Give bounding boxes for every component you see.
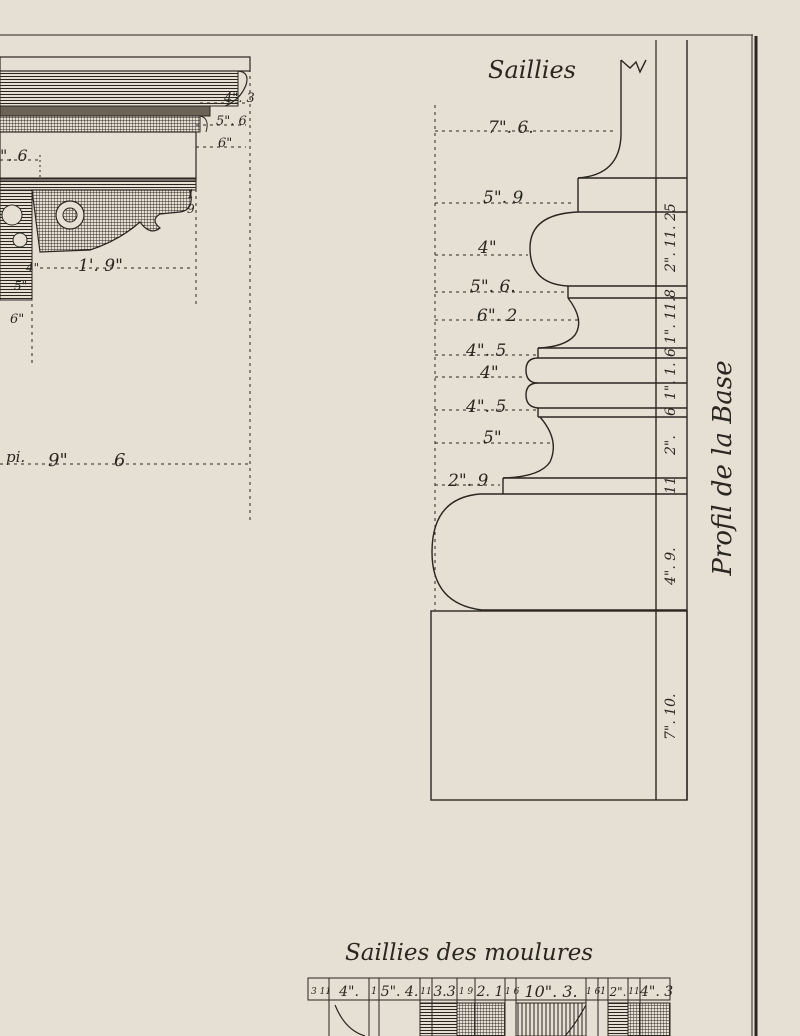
projection-label: 4". 5 (466, 399, 506, 416)
moulure-cell: 10". 3. (516, 982, 586, 1002)
moulure-cell: 3.3 (432, 982, 457, 1002)
moulure-cell: 1 (598, 982, 608, 1002)
moulure-cell: 1 6 (586, 982, 598, 1002)
entablature-dim-label: ". 6 (0, 148, 28, 164)
moulure-cell: 1 9 (457, 982, 475, 1002)
height-label: 6 (664, 348, 678, 357)
height-label: 1". 1. (664, 362, 678, 400)
moulure-cell: 11 (420, 982, 432, 1002)
entablature-dim-label: 6" (218, 137, 232, 150)
entablature-dim-label: 6" (10, 313, 24, 326)
moulure-cell: 5". 4. (379, 982, 420, 1002)
bottom-dim-a: 9" (48, 452, 68, 470)
projection-label: 5" (483, 430, 502, 447)
saillies-title: Saillies (488, 58, 576, 82)
projection-label: 5". 9 (483, 190, 523, 207)
moulure-cell: 2. 1 (475, 982, 505, 1002)
projection-label: 2". 9 (448, 473, 488, 490)
moulure-cell: 4". 3 (640, 982, 671, 1002)
bottom-dim-pi: pi. (6, 450, 25, 465)
moulure-cell: 3 11 (311, 982, 329, 1002)
moulure-cell: 1 6 (505, 982, 516, 1002)
projection-label: 4" (478, 240, 497, 257)
moulure-cell: 4". (329, 982, 369, 1002)
entablature-dim-label: 4" (26, 262, 39, 274)
height-label: 11 (664, 476, 678, 494)
projection-label: 5". 6. (470, 279, 516, 296)
projection-label: 6". 2 (477, 308, 517, 325)
profil-de-la-base-title: Profil de la Base (710, 343, 736, 593)
projection-label: 4" (480, 365, 499, 382)
moulure-cell: 11 (628, 982, 640, 1002)
engraving-linework (0, 0, 800, 1036)
entablature-dim-label: 5" (14, 280, 27, 292)
entablature-dim-label: 5". 6 (216, 115, 247, 128)
entablature-dim-label: 1 (187, 188, 195, 200)
base-profile-drawing (431, 40, 687, 800)
entablature-dim-label: 9 (187, 203, 195, 215)
height-label: 2". 11. 25 (664, 203, 678, 272)
projection-label: 7". 6. (488, 120, 534, 137)
projection-label: 4". 5 (466, 343, 506, 360)
height-label: 7". 10. (664, 693, 678, 740)
saillies-des-moulures-title: Saillies des moulures (345, 942, 593, 965)
height-label: 2". (664, 435, 678, 455)
moulure-cell: 2". (608, 982, 628, 1002)
moulure-cell: 1 (369, 982, 379, 1002)
height-label: 4". 9. (664, 547, 678, 585)
height-label: 1". 11. (664, 297, 678, 344)
entablature-dim-label: 4". 3 (224, 92, 255, 105)
bottom-dim-b: 6 (114, 452, 125, 470)
height-label: 6 (664, 407, 678, 416)
bracket-dim-label: 1'. 9" (78, 258, 123, 275)
